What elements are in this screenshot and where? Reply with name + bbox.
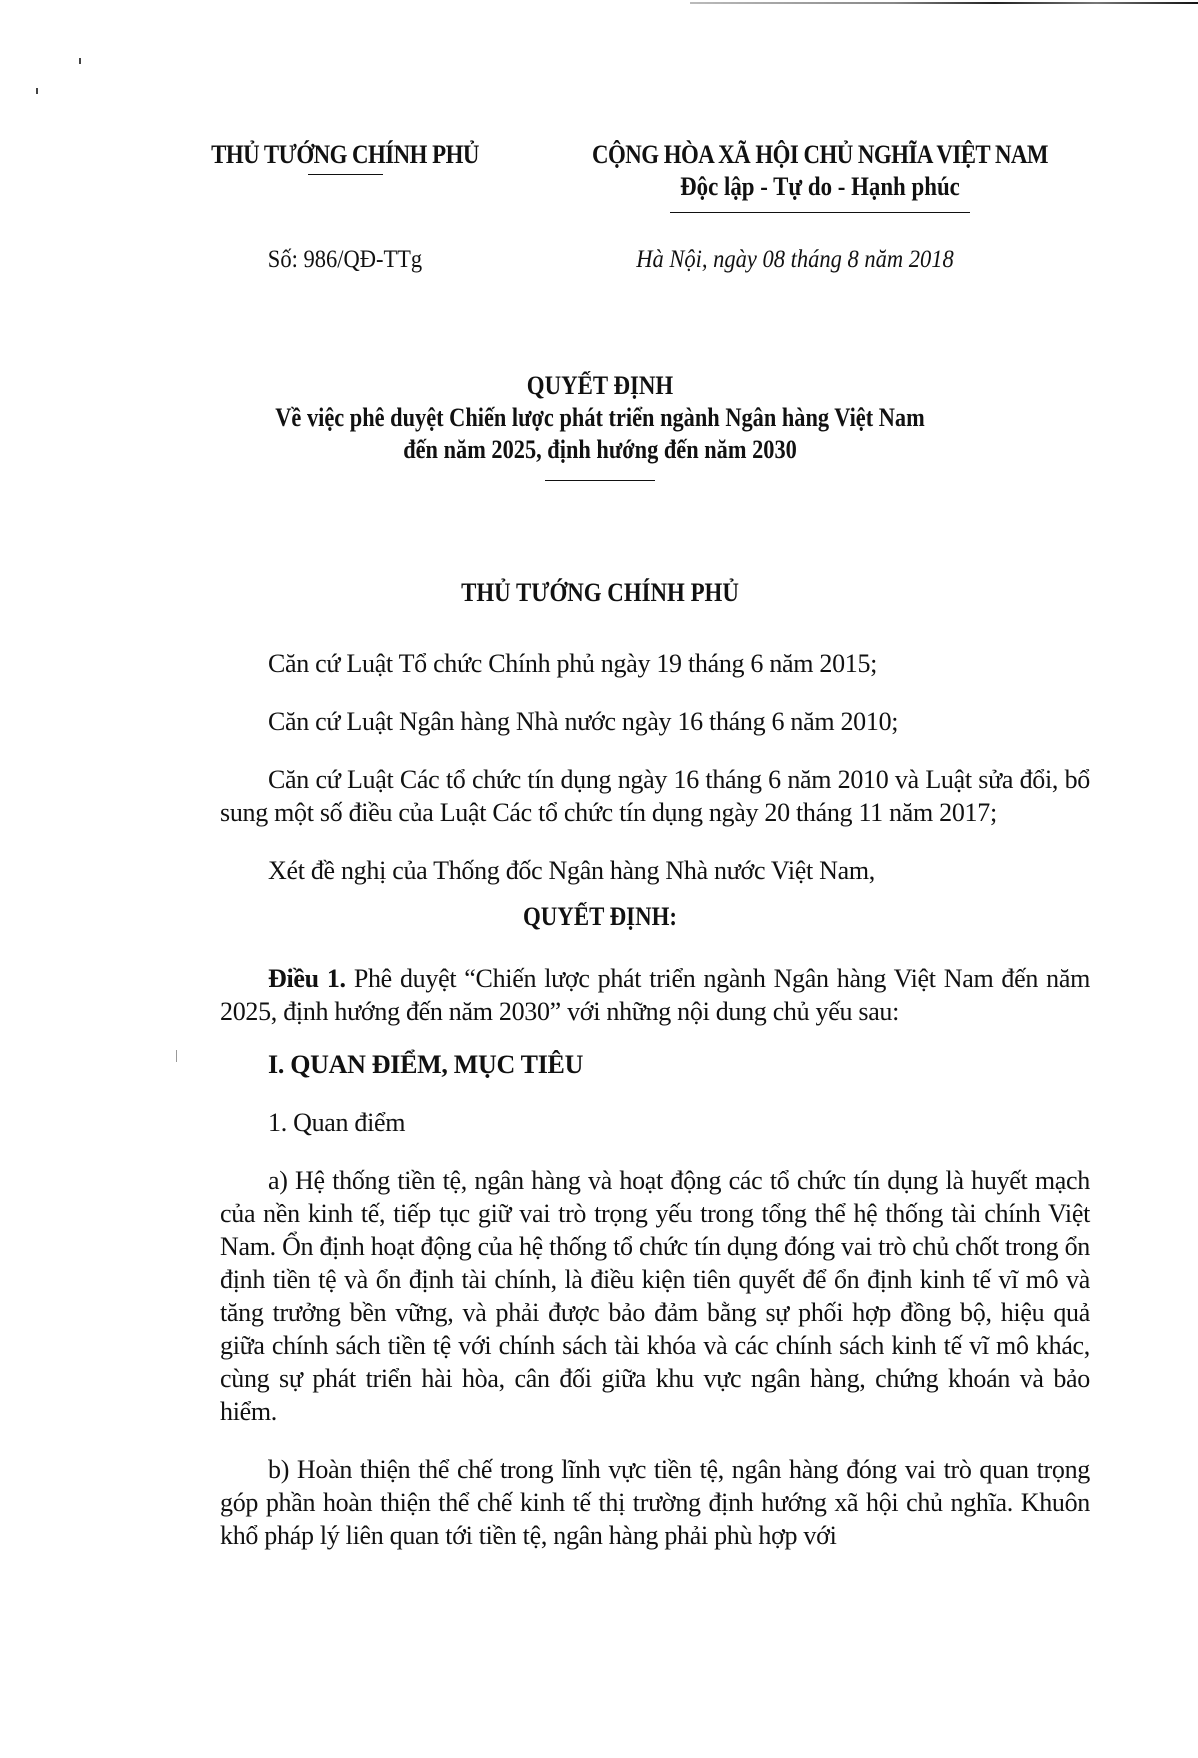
section-heading: I. QUAN ĐIỂM, MỤC TIÊU	[220, 1048, 1090, 1081]
legal-basis-item: Căn cứ Luật Ngân hàng Nhà nước ngày 16 t…	[220, 705, 1090, 738]
issuer-underline	[308, 174, 383, 175]
viewpoint-item: a) Hệ thống tiền tệ, ngân hàng và hoạt đ…	[220, 1164, 1090, 1428]
article-text: Phê duyệt “Chiến lược phát triển ngành N…	[220, 964, 1090, 1026]
title-underline	[545, 480, 655, 481]
issuer-name: THỦ TƯỚNG CHÍNH PHỦ	[182, 140, 508, 170]
place-and-date: Hà Nội, ngày 08 tháng 8 năm 2018	[561, 246, 1029, 274]
title-line-1: Về việc phê duyệt Chiến lược phát triển …	[222, 402, 979, 434]
subsection-heading: 1. Quan điểm	[220, 1106, 1090, 1139]
title-line-2: đến năm 2025, định hướng đến năm 2030	[222, 434, 979, 466]
motto-underline	[670, 212, 970, 213]
article-1: Điều 1. Phê duyệt “Chiến lược phát triển…	[220, 962, 1090, 1028]
legal-basis-item: Xét đề nghị của Thống đốc Ngân hàng Nhà …	[220, 854, 1090, 887]
viewpoint-item: b) Hoàn thiện thể chế trong lĩnh vực tiề…	[220, 1453, 1090, 1552]
legal-basis-item: Căn cứ Luật Tổ chức Chính phủ ngày 19 th…	[220, 647, 1090, 680]
article-label: Điều 1.	[268, 964, 346, 993]
decision-heading: QUYẾT ĐỊNH:	[213, 902, 987, 932]
scan-speck	[36, 88, 38, 94]
legal-bases: Căn cứ Luật Tổ chức Chính phủ ngày 19 th…	[220, 647, 1090, 887]
document-number: Số: 986/QĐ-TTg	[179, 246, 512, 274]
article-1-paragraph: Điều 1. Phê duyệt “Chiến lược phát triển…	[220, 962, 1090, 1028]
document-type: QUYẾT ĐỊNH	[213, 370, 987, 402]
legal-basis-item: Căn cứ Luật Các tổ chức tín dụng ngày 16…	[220, 763, 1090, 829]
section-1: I. QUAN ĐIỂM, MỤC TIÊU 1. Quan điểm a) H…	[220, 1048, 1090, 1552]
national-motto: Độc lập - Tự do - Hạnh phúc	[569, 170, 1071, 204]
issuer-block: THỦ TƯỚNG CHÍNH PHỦ	[160, 140, 530, 175]
scan-edge-line	[690, 2, 1198, 4]
document-title: QUYẾT ĐỊNH Về việc phê duyệt Chiến lược …	[160, 370, 1040, 481]
scan-speck	[79, 58, 81, 64]
national-header: CỘNG HÒA XÃ HỘI CHỦ NGHĨA VIỆT NAM Độc l…	[535, 140, 1105, 213]
nation-name: CỘNG HÒA XÃ HỘI CHỦ NGHĨA VIỆT NAM	[569, 140, 1071, 170]
scan-margin-mark	[176, 1050, 177, 1062]
authority-heading: THỦ TƯỚNG CHÍNH PHỦ	[213, 578, 987, 608]
